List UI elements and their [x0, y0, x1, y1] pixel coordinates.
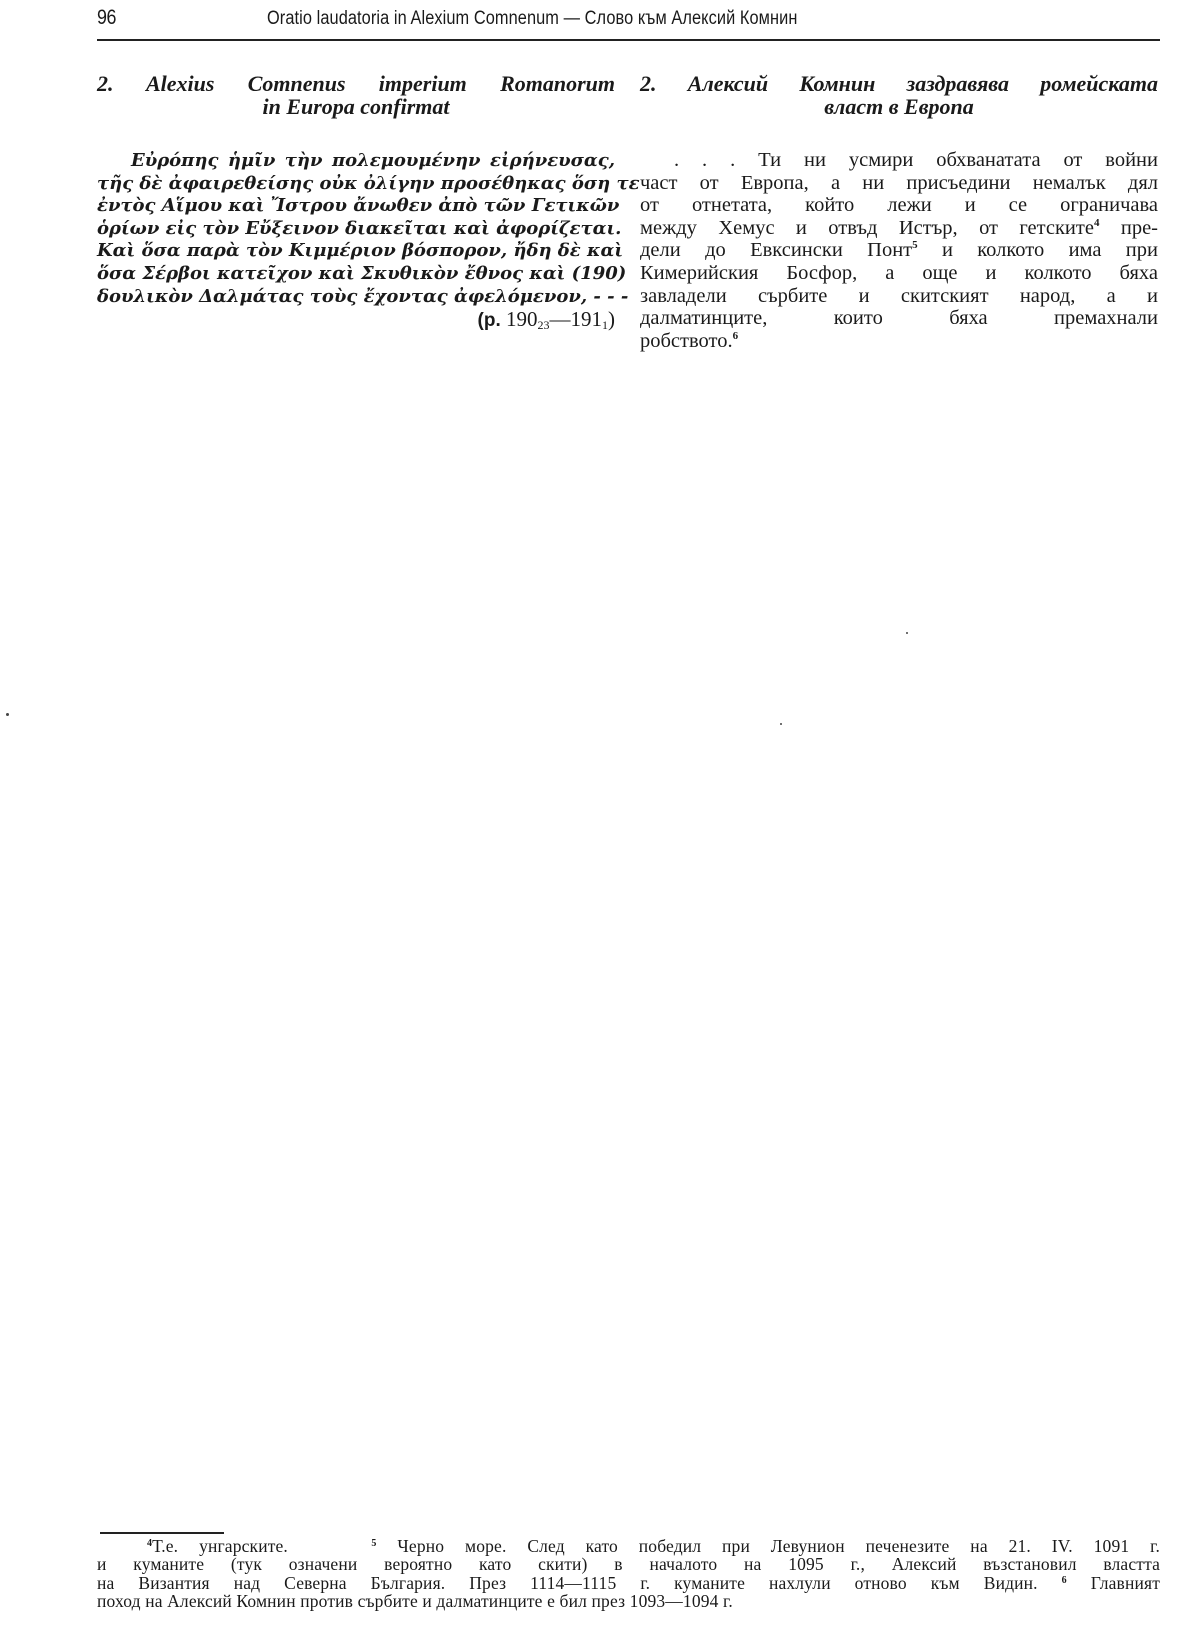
footnote-marker-5: 5	[371, 1538, 376, 1549]
translation-line: част от Европа, а ни присъедини немалък …	[640, 172, 1158, 195]
page-header: 96 Oratio laudatoria in Alexium Comnenum…	[97, 6, 1160, 36]
translation-line: дели до Евксински Понт5 и колкото има пр…	[640, 239, 1158, 262]
footnote-line: 4Т.е. унгарските. 5 Черно море. След кат…	[97, 1537, 1160, 1555]
left-column-greek: 2. Alexius Comnenus imperium Romanorum i…	[97, 72, 615, 333]
section-title-latin: 2. Alexius Comnenus imperium Romanorum i…	[97, 72, 615, 118]
translation-line: Кимерийския Босфор, а още и колкото бяха	[640, 262, 1158, 285]
footnote-marker-6: 6	[1062, 1575, 1067, 1586]
footnote-rule	[100, 1532, 224, 1534]
page-number: 96	[97, 6, 116, 30]
footnote-5-text: Черно море. След като победил при Левуни…	[397, 1536, 1160, 1556]
greek-line: ὅσα Σέρβοι κατεῖχον καὶ Σκυθικὸν ἔθνος κ…	[97, 263, 615, 286]
right-column-bulgarian: 2. Алексий Комнин заздравява ромейската …	[640, 72, 1158, 352]
scan-speck	[780, 723, 782, 725]
translation-line: между Хемус и отвъд Истър, от гетските4 …	[640, 217, 1158, 240]
translation-text: . . . Ти ни усмири обхванатата от войни …	[640, 149, 1158, 352]
header-rule	[97, 39, 1160, 41]
translation-line: далматинците, които бяха премахнали	[640, 307, 1158, 330]
footnotes: 4Т.е. унгарските. 5 Черно море. След кат…	[97, 1537, 1160, 1611]
section-title-line-2: власт в Европа	[640, 95, 1158, 118]
greek-line: ἐντὸς Αἵμου καὶ Ἴστρου ἄνωθεν ἀπὸ τῶν Γε…	[97, 195, 615, 218]
translation-line: от отнетата, който лежи и се ограничава	[640, 194, 1158, 217]
greek-line: δουλικὸν Δαλμάτας τοὺς ἔχοντας ἀφελόμενο…	[97, 286, 615, 309]
section-title-line-1: 2. Алексий Комнин заздравява ромейската	[640, 72, 1158, 95]
translation-line: робството.6	[640, 330, 1158, 353]
section-title-line-2: in Europa confirmat	[97, 95, 615, 118]
translation-line: . . . Ти ни усмири обхванатата от войни	[640, 149, 1158, 172]
section-title-line-1: 2. Alexius Comnenus imperium Romanorum	[97, 72, 615, 95]
greek-text: Εὐρόπης ἡμῖν τὴν πολεμουμένην εἰρήνευσας…	[97, 150, 615, 333]
greek-line: τῆς δὲ ἀφαιρεθείσης οὐκ ὀλίγην προσέθηκα…	[97, 173, 615, 196]
scan-speck	[6, 713, 9, 716]
greek-line: Εὐρόπης ἡμῖν τὴν πολεμουμένην εἰρήνευσας…	[97, 150, 615, 173]
scan-speck	[906, 632, 908, 634]
section-title-bulgarian: 2. Алексий Комнин заздравява ромейската …	[640, 72, 1158, 118]
footnote-line: на Византия над Северна България. През 1…	[97, 1574, 1160, 1592]
footnote-line: поход на Алексий Комнин против сърбите и…	[97, 1592, 1160, 1610]
greek-line: Καὶ ὅσα παρὰ τὸν Κιμμέριον βόσπορον, ἤδη…	[97, 240, 615, 263]
translation-line: завладели сърбите и скитският народ, а и	[640, 285, 1158, 308]
source-reference: (p. 19023—1911)	[97, 308, 615, 333]
footnote-line: и куманите (тук означени вероятно като с…	[97, 1555, 1160, 1573]
greek-line: ὁρίων εἰς τὸν Εὔξεινον διακεῖται καὶ ἀφο…	[97, 218, 615, 241]
footnote-4-text: Т.е. унгарските.	[152, 1536, 288, 1556]
footnote-ref-6[interactable]: 6	[733, 330, 739, 342]
running-head: Oratio laudatoria in Alexium Comnenum — …	[267, 8, 797, 30]
footnote-6-text: Главният	[1091, 1573, 1160, 1593]
